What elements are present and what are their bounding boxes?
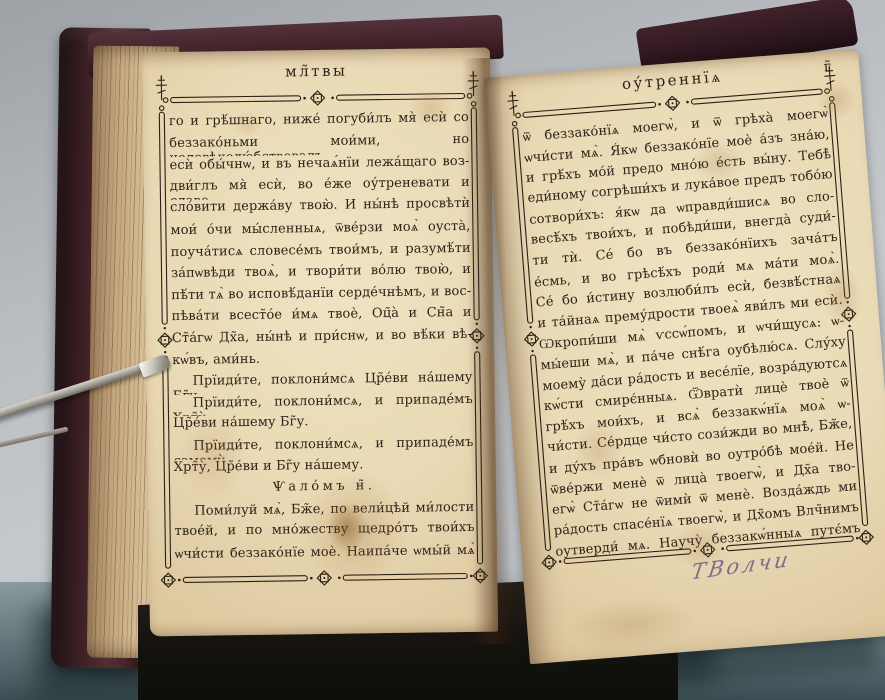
text-line: ѡчи́сти беззако́нїе моѐ. Наипа́че ѡмы́й … (175, 542, 475, 568)
left-page: мл̃твы (142, 48, 498, 637)
photo-of-open-prayer-book: мл̃твы (0, 0, 885, 700)
left-page-text: го и грѣ́шнаго, ниже́ погуби́лъ мя̀ есѝ … (169, 110, 475, 568)
page-stain (565, 593, 699, 655)
right-page: оу́треннїѧ г̃ (484, 49, 885, 665)
right-page-text: ѿ беззако́нїѧ моегѡ̀, и ѿ грѣха̀ моегѡ̀ѡ… (522, 105, 861, 564)
